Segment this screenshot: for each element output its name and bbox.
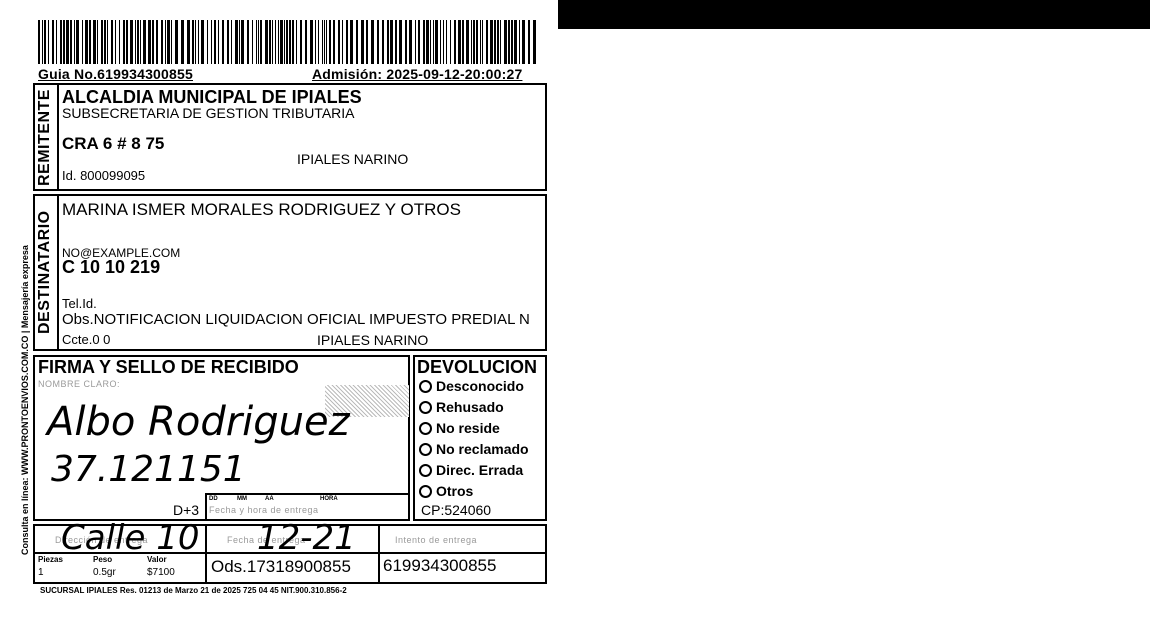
delivery-attempt-label: Intento de entrega xyxy=(395,535,477,545)
delivery-datetime-box: DD MM AA HORA Fecha y hora de entrega xyxy=(205,493,410,521)
sender-city: IPIALES NARINO xyxy=(297,151,408,167)
hour-label: HORA xyxy=(320,496,338,502)
return-option-direc-errada[interactable]: Direc. Errada xyxy=(419,462,523,478)
service-type: D+3 xyxy=(173,502,199,518)
recipient-name: MARINA ISMER MORALES RODRIGUEZ Y OTROS xyxy=(62,200,461,220)
redaction-band xyxy=(558,0,1150,29)
recipient-observations: Obs.NOTIFICACION LIQUIDACION OFICIAL IMP… xyxy=(62,311,530,328)
barcode xyxy=(38,20,540,64)
value-amount: $7100 xyxy=(147,567,175,578)
radio-icon xyxy=(419,485,432,498)
recipient-address: C 10 10 219 xyxy=(62,257,160,278)
radio-icon xyxy=(419,443,432,456)
return-option-no-reclamado[interactable]: No reclamado xyxy=(419,441,529,457)
guia-number: Guia No.619934300855 xyxy=(38,66,193,82)
ods-number: Ods.17318900855 xyxy=(211,557,351,577)
month-label: MM xyxy=(237,496,247,502)
return-option-desconocido[interactable]: Desconocido xyxy=(419,378,524,394)
sender-department: SUBSECRETARIA DE GESTION TRIBUTARIA xyxy=(62,105,355,121)
day-label: DD xyxy=(209,496,218,502)
delivery-datetime-caption: Fecha y hora de entrega xyxy=(209,505,319,515)
tracking-number: 619934300855 xyxy=(383,556,496,576)
sender-address: CRA 6 # 8 75 xyxy=(62,134,164,154)
bottom-box: Dirección de entrega Fecha de entrega In… xyxy=(33,524,547,584)
value-label: Valor xyxy=(147,555,167,564)
weight-label: Peso xyxy=(93,555,112,564)
recipient-ccte: Ccte.0 0 xyxy=(62,332,110,347)
handwritten-id: 37.121151 xyxy=(51,449,246,490)
radio-icon xyxy=(419,464,432,477)
name-field-label: NOMBRE CLARO: xyxy=(38,379,120,389)
handwritten-date: 12-21 xyxy=(257,518,356,558)
weight-value: 0.5gr xyxy=(93,567,116,578)
return-option-rehusado[interactable]: Rehusado xyxy=(419,399,504,415)
return-option-no-reside[interactable]: No reside xyxy=(419,420,500,436)
year-label: AA xyxy=(265,496,274,502)
handwritten-name: Albo Rodriguez xyxy=(47,399,350,445)
radio-icon xyxy=(419,422,432,435)
recipient-city: IPIALES NARINO xyxy=(317,332,428,348)
pieces-value: 1 xyxy=(38,567,44,578)
sender-section-label: REMITENTE xyxy=(36,89,56,187)
sender-box: REMITENTE ALCALDIA MUNICIPAL DE IPIALES … xyxy=(33,83,547,191)
pieces-label: Piezas xyxy=(38,555,63,564)
signature-box: FIRMA Y SELLO DE RECIBIDO NOMBRE CLARO: … xyxy=(33,355,410,521)
website-strip: Consulta en línea: WWW.PRONTOENVIOS.COM.… xyxy=(20,220,34,580)
radio-icon xyxy=(419,380,432,393)
return-box: DEVOLUCION Desconocido Rehusado No resid… xyxy=(413,355,547,521)
handwritten-address: Calle 10 xyxy=(61,518,199,558)
postal-code: CP:524060 xyxy=(421,502,491,518)
admission-date: Admisión: 2025-09-12-20:00:27 xyxy=(312,66,522,82)
recipient-tel: Tel.Id. xyxy=(62,296,97,311)
return-title: DEVOLUCION xyxy=(417,357,537,378)
recipient-section-label: DESTINATARIO xyxy=(36,200,56,345)
radio-icon xyxy=(419,401,432,414)
signature-title: FIRMA Y SELLO DE RECIBIDO xyxy=(38,357,299,378)
return-option-otros[interactable]: Otros xyxy=(419,483,473,499)
footer-branch-info: SUCURSAL IPIALES Res. 01213 de Marzo 21 … xyxy=(40,586,347,595)
recipient-box: DESTINATARIO MARINA ISMER MORALES RODRIG… xyxy=(33,194,547,351)
sender-id: Id. 800099095 xyxy=(62,168,145,183)
